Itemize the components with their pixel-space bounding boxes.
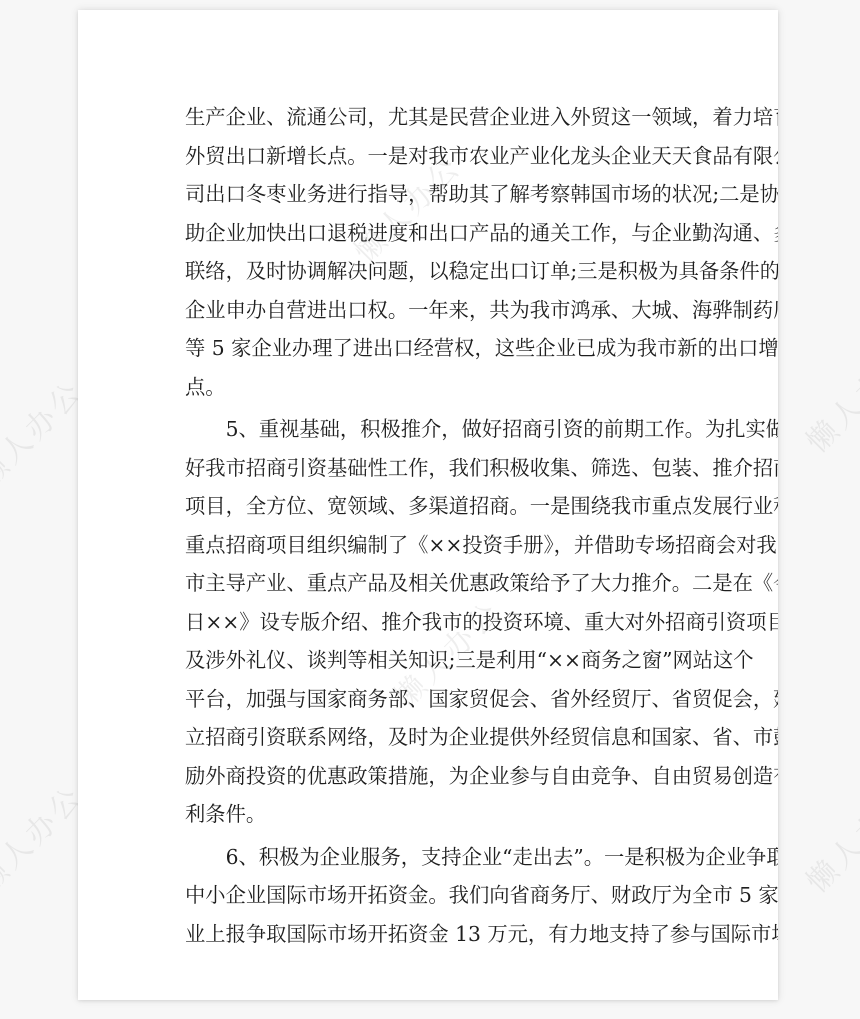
text-line: 业上报争取国际市场开拓资金 13 万元，有力地支持了参与国际市场 (185, 915, 675, 954)
text-line: 好我市招商引资基础性工作，我们积极收集、筛选、包装、推介招商 (185, 449, 675, 488)
paragraph-heading-line: 6、积极为企业服务，支持企业“走出去”。一是积极为企业争取 (185, 838, 675, 877)
text-line: 立招商引资联系网络，及时为企业提供外经贸信息和国家、省、市鼓 (185, 718, 675, 757)
text-line: 利条件。 (185, 795, 675, 834)
text-line: 企业申办自营进出口权。一年来，共为我市鸿承、大城、海骅制药厂 (185, 291, 675, 330)
watermark: 懒人办公 (794, 773, 860, 900)
document-page: 懒人办公 懒人办公 生产企业、流通公司，尤其是民营企业进入外贸这一领域，着力培育… (78, 10, 778, 1000)
document-viewer[interactable]: 懒人办公 懒人办公 懒人办公 懒人办公 懒人办公 懒人办公 生产企业、流通公司，… (0, 0, 860, 1019)
paragraph-section-6: 6、积极为企业服务，支持企业“走出去”。一是积极为企业争取 中小企业国际市场开拓… (185, 838, 675, 954)
text-line: 项目，全方位、宽领域、多渠道招商。一是围绕我市重点发展行业和 (185, 487, 675, 526)
text-line: 联络，及时协调解决问题，以稳定出口订单;三是积极为具备条件的 (185, 252, 675, 291)
text-line: 市主导产业、重点产品及相关优惠政策给予了大力推介。二是在《今 (185, 564, 675, 603)
paragraph-heading-line: 5、重视基础，积极推介，做好招商引资的前期工作。为扎实做 (185, 410, 675, 449)
text-line: 重点招商项目组织编制了《××投资手册》，并借助专场招商会对我 (185, 526, 675, 565)
document-body: 生产企业、流通公司，尤其是民营企业进入外贸这一领域，着力培育 外贸出口新增长点。… (185, 98, 675, 953)
watermark: 懒人办公 (794, 333, 860, 460)
text-line: 及涉外礼仪、谈判等相关知识;三是利用“××商务之窗”网站这个 (185, 641, 675, 680)
paragraph-continuation: 生产企业、流通公司，尤其是民营企业进入外贸这一领域，着力培育 外贸出口新增长点。… (185, 98, 675, 406)
text-line: 助企业加快出口退税进度和出口产品的通关工作，与企业勤沟通、多 (185, 214, 675, 253)
text-line: 励外商投资的优惠政策措施，为企业参与自由竞争、自由贸易创造有 (185, 757, 675, 796)
text-line: 日××》设专版介绍、推介我市的投资环境、重大对外招商引资项目 (185, 603, 675, 642)
text-line: 等 5 家企业办理了进出口经营权，这些企业已成为我市新的出口增长 (185, 329, 675, 368)
text-line: 生产企业、流通公司，尤其是民营企业进入外贸这一领域，着力培育 (185, 98, 675, 137)
paragraph-section-5: 5、重视基础，积极推介，做好招商引资的前期工作。为扎实做 好我市招商引资基础性工… (185, 410, 675, 834)
text-line: 点。 (185, 368, 675, 407)
text-line: 外贸出口新增长点。一是对我市农业产业化龙头企业天天食品有限公 (185, 137, 675, 176)
text-line: 平台，加强与国家商务部、国家贸促会、省外经贸厅、省贸促会，建 (185, 680, 675, 719)
text-line: 司出口冬枣业务进行指导，帮助其了解考察韩国市场的状况;二是协 (185, 175, 675, 214)
text-line: 中小企业国际市场开拓资金。我们向省商务厅、财政厅为全市 5 家企 (185, 876, 675, 915)
